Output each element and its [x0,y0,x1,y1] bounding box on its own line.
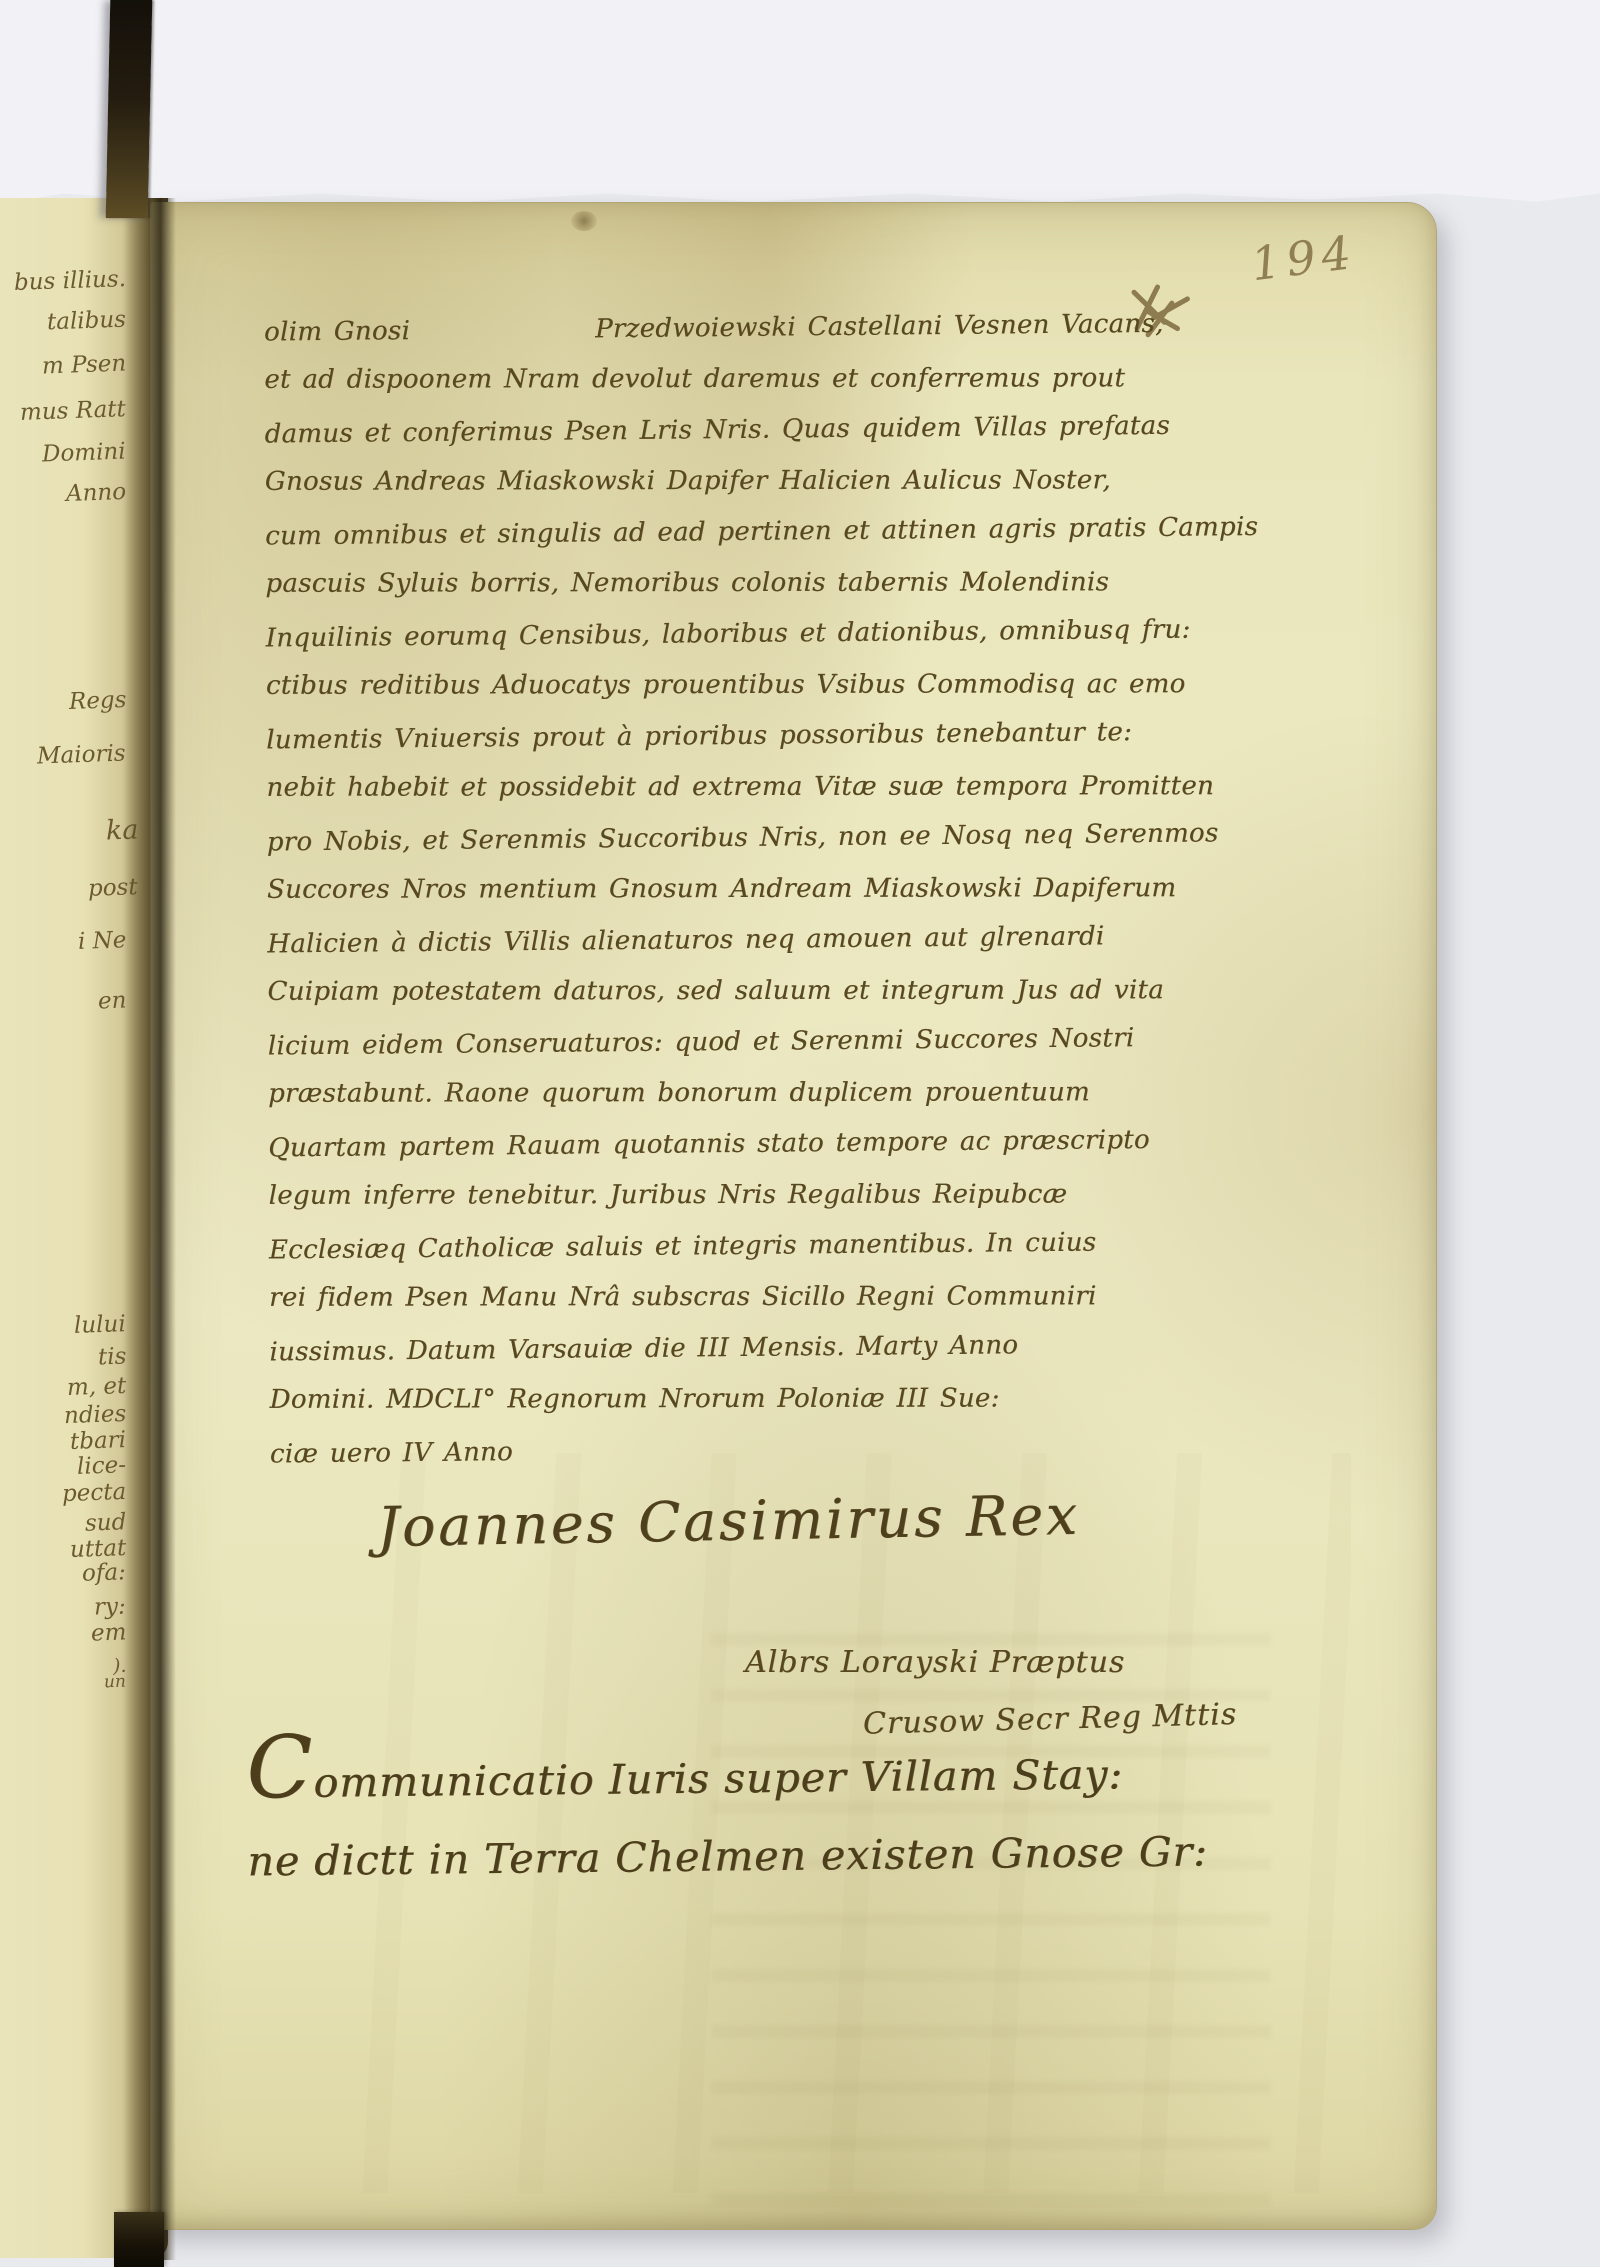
margin-fragment: sud [84,1509,126,1536]
margin-fragment: lice- [77,1452,127,1480]
margin-fragment: un [104,1672,127,1693]
text-line: Gnosus Andreas Miaskowski Dapifer Halici… [265,455,1205,508]
margin-fragment: talibus [47,307,127,336]
margin-fragment: ofa: [82,1559,127,1587]
margin-fragment: en [97,988,126,1015]
text-line: Ecclesiæq Catholicæ saluis et integris m… [269,1216,1209,1276]
text-line: iussimus. Datum Varsauiæ die III Mensis.… [269,1318,1209,1378]
secretary-signature: Albrs Lorayski Præptus Crusow Secr Reg M… [745,1635,1305,1747]
margin-fragment: em [90,1619,126,1646]
binding-strap-bottom [114,2212,164,2267]
margin-fragment: Domini [42,439,126,468]
text-line: Cuipiam potestatem daturos, sed saluum e… [267,965,1207,1018]
margin-fragment: Maioris [37,740,126,769]
margin-fragment: pecta [61,1479,126,1507]
margin-fragment: mus Ratt [20,396,127,426]
text-line: rei fidem Psen Manu Nrâ subscras Sicillo… [269,1271,1209,1324]
margin-fragment: lului [74,1311,127,1339]
text-line: licium eidem Conseruaturos: quod et Sere… [268,1012,1208,1072]
text-line: cum omnibus et singulis ad ead pertinen … [265,502,1205,562]
text-line: Halicien à dictis Villis alienaturos neq… [267,910,1207,970]
margin-fragment: ry: [94,1593,127,1620]
text-line: pascuis Syluis borris, Nemoribus colonis… [265,557,1205,610]
text-line: Quartam partem Rauam quotannis stato tem… [268,1114,1208,1174]
gutter-shadow [124,198,176,2260]
heading-line: Communicatio Iuris super Villam Stay: [246,1733,1307,1822]
text-line: præstabunt. Raone quorum bonorum duplice… [268,1067,1208,1120]
manuscript-text: olim Gnosi Przedwoiewski Castellani Vesn… [264,301,1210,1479]
margin-fragment: tis [97,1344,126,1371]
text-line: olim Gnosi Przedwoiewski Castellani Vesn… [264,298,1204,358]
text-line: nebit habebit et possidebit ad extrema V… [266,761,1206,814]
margin-fragment: i Ne [77,927,126,955]
margin-fragment: m Psen [41,351,126,380]
ink-stain [571,211,597,231]
text-line: ctibus reditibus Aduocatys prouentibus V… [266,659,1206,712]
margin-fragment: bus illius. [14,266,127,296]
heading-line: ne dictt in Terra Chelmen existen Gnose … [247,1811,1308,1900]
section-heading: Communicatio Iuris super Villam Stay: ne… [246,1733,1308,1900]
text-line: et ad dispoonem Nram devolut daremus et … [264,353,1204,406]
manuscript-page: 194 olim Gnosi Przedwoiewski Castellani … [150,202,1437,2230]
text-line: Succores Nros mentium Gnosum Andream Mia… [267,863,1207,916]
text-line: pro Nobis, et Serenmis Succoribus Nris, … [267,808,1207,868]
text-line: lumentis Vniuersis prout à prioribus pos… [266,706,1206,766]
manuscript-scan: bus illius. talibus m Psen mus Ratt Domi… [0,0,1600,2267]
margin-fragment: Regs [68,687,126,715]
text-line: legum inferre tenebitur. Juribus Nris Re… [269,1169,1209,1222]
page-number: 194 [1248,225,1360,291]
margin-fragment: tbari [70,1427,127,1455]
interleaf-sheet [0,0,1600,208]
margin-fragment: ndies [63,1401,126,1429]
margin-fragment: Anno [65,479,126,507]
text-line: ciæ uero IV Anno [270,1420,1210,1480]
secretary-line: Albrs Lorayski Præptus [745,1635,1305,1691]
binding-strap-top [106,0,153,218]
royal-signature: Joannes Casimirus Rex [376,1483,1080,1559]
text-line: damus et conferimus Psen Lris Nris. Quas… [264,400,1204,460]
text-line: Domini. MDCLI° Regnorum Nrorum Poloniæ I… [270,1373,1210,1426]
margin-fragment: m, et [66,1373,126,1401]
text-line: Inquilinis eorumq Censibus, laboribus et… [265,604,1205,664]
